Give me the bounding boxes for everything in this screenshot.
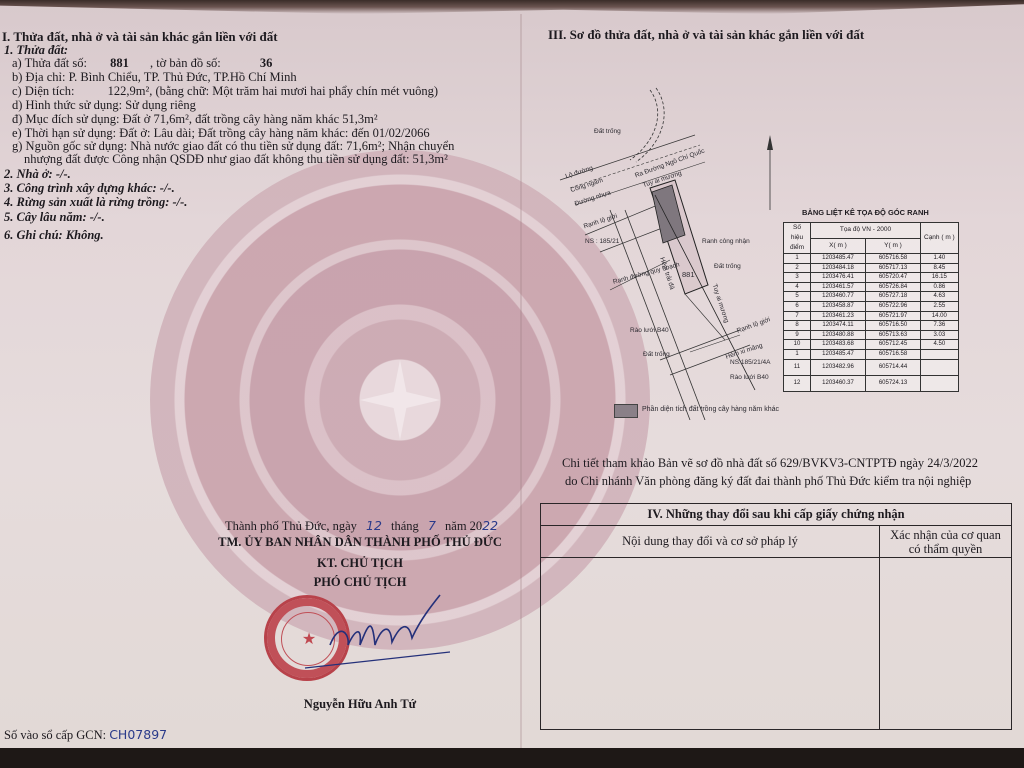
coord-cell-p: 8 — [784, 321, 811, 331]
diagram-label: NS : 185/21 — [585, 238, 619, 245]
coordinate-row: 61203458.87605722.962.55 — [784, 301, 959, 311]
col-y: Y( m ) — [866, 238, 921, 254]
coord-cell-x: 1203485.47 — [811, 349, 866, 359]
confirm-header-line-1: Xác nhận của cơ quan — [890, 528, 1001, 542]
legend-text: Phần diện tích đất trồng cây hàng năm kh… — [642, 406, 779, 413]
coordinate-table: Số hiệu điểm Tọa độ VN - 2000 Cạnh ( m )… — [783, 222, 959, 392]
changes-table: IV. Những thay đổi sau khi cấp giấy chứn… — [540, 503, 1012, 730]
coord-cell-y: 605727.18 — [866, 292, 921, 302]
house-line: 2. Nhà ở: -/-. — [4, 167, 71, 182]
signer-role-2: PHÓ CHỦ TỊCH — [210, 575, 510, 590]
col-x: X( m ) — [811, 238, 866, 254]
coordinate-row: 31203476.41605720.4716.15 — [784, 273, 959, 283]
map-sheet-number: 36 — [260, 56, 273, 70]
legend-swatch — [614, 404, 638, 418]
area-line: c) Diện tích: 122,9m², (bằng chữ: Một tr… — [12, 84, 438, 99]
coord-cell-p: 5 — [784, 292, 811, 302]
reference-note-2: do Chi nhánh Văn phòng đăng ký đất đai t… — [565, 474, 971, 489]
coordinate-row: 71203461.23605721.9714.00 — [784, 311, 959, 321]
date-prefix: Thành phố Thủ Đức, ngày — [225, 519, 357, 533]
section-3-title: III. Sơ đồ thửa đất, nhà ở và tài sản kh… — [548, 27, 864, 43]
coordinate-row-extra: 121203460.37605724.13 — [784, 375, 959, 391]
coord-cell-p: 1 — [784, 349, 811, 359]
coord-cell-y: 605722.96 — [866, 301, 921, 311]
coord-cell-p: 6 — [784, 301, 811, 311]
usage-purpose-line: đ) Mục đích sử dụng: Đất ở 71,6m², đất t… — [12, 112, 378, 127]
parcel-sketch — [550, 80, 780, 420]
reference-note-1: Chi tiết tham khảo Bản vẽ sơ đồ nhà đất … — [562, 456, 978, 471]
coord-cell-p: 4 — [784, 282, 811, 292]
area-value: 122,9m², (bằng chữ: Một trăm hai mươi ha… — [108, 84, 438, 98]
parcel-number-label: a) Thửa đất số: — [12, 56, 87, 70]
diagram-label: Ranh công nhận — [702, 238, 750, 245]
origin-line-2: nhượng đất được Công nhận QSDĐ như giao … — [24, 152, 448, 167]
coord-cell-x: 1203460.77 — [811, 292, 866, 302]
coordinate-row: 91203480.88605713.633.03 — [784, 330, 959, 340]
parcel-number: 881 — [110, 56, 129, 70]
certificate-sheet: I. Thửa đất, nhà ở và tài sản khác gắn l… — [0, 0, 1024, 748]
coord-cell-p: 1 — [784, 254, 811, 264]
coordinate-row: 51203460.77605727.184.63 — [784, 292, 959, 302]
handwritten-signature — [300, 590, 450, 670]
edge-cell: 3.03 — [921, 330, 959, 340]
coord-cell-y: 605714.44 — [866, 359, 921, 375]
coord-cell-y: 605712.45 — [866, 340, 921, 350]
notes-line: 6. Ghi chú: Không. — [4, 228, 104, 243]
edge-cell: 8.45 — [921, 263, 959, 273]
edge-cell: 14.00 — [921, 311, 959, 321]
coord-cell-x: 1203461.57 — [811, 282, 866, 292]
map-sheet-label: , tờ bản đồ số: — [150, 56, 221, 70]
changes-col-content: Nội dung thay đổi và cơ sở pháp lý — [541, 526, 880, 558]
diagram-label: Rào lưới B40 — [630, 327, 669, 334]
area-label: c) Diện tích: — [12, 84, 74, 98]
signing-month: 7 — [428, 518, 436, 533]
parcel-number-line: a) Thửa đất số: 881 , tờ bản đồ số: 36 — [12, 56, 272, 71]
changes-confirm-cell[interactable] — [880, 558, 1012, 730]
forest-line: 4. Rừng sản xuất là rừng trồng: -/-. — [4, 195, 187, 210]
coordinate-row-extra: 111203482.96605714.44 — [784, 359, 959, 375]
changes-col-confirm: Xác nhận của cơ quan có thẩm quyền — [880, 526, 1012, 558]
usage-form-line: d) Hình thức sử dụng: Sử dụng riêng — [12, 98, 196, 113]
coord-cell-x: 1203458.87 — [811, 301, 866, 311]
coord-cell-x: 1203480.88 — [811, 330, 866, 340]
perennial-trees-line: 5. Cây lâu năm: -/-. — [4, 210, 105, 225]
edge-cell: 4.50 — [921, 340, 959, 350]
edge-cell — [921, 359, 959, 375]
coordinate-row: 101203483.68605712.454.50 — [784, 340, 959, 350]
col-point: Số hiệu điểm — [784, 223, 811, 254]
coord-cell-y: 605717.13 — [866, 263, 921, 273]
coord-cell-y: 605720.47 — [866, 273, 921, 283]
coord-cell-y: 605713.63 — [866, 330, 921, 340]
coordinate-table-title: BẢNG LIỆT KÊ TỌA ĐỘ GÓC RANH — [802, 208, 929, 217]
coord-cell-y: 605716.58 — [866, 349, 921, 359]
coord-cell-p: 11 — [784, 359, 811, 375]
signer-role-1: KT. CHỦ TỊCH — [210, 556, 510, 571]
signing-year: 22 — [482, 518, 498, 533]
changes-title: IV. Những thay đổi sau khi cấp giấy chứn… — [541, 504, 1012, 526]
other-construction-line: 3. Công trình xây dựng khác: -/-. — [4, 181, 175, 196]
coord-cell-y: 605726.84 — [866, 282, 921, 292]
coord-cell-x: 1203482.96 — [811, 359, 866, 375]
confirm-header-line-2: có thẩm quyền — [909, 542, 983, 556]
gcn-registry: Số vào sổ cấp GCN: CH07897 — [4, 727, 167, 743]
coord-cell-p: 10 — [784, 340, 811, 350]
issuing-authority: TM. ỦY BAN NHÂN DÂN THÀNH PHỐ THỦ ĐỨC — [210, 535, 510, 550]
parcel-label: 881 — [682, 270, 695, 279]
coord-cell-x: 1203461.23 — [811, 311, 866, 321]
table-surface — [0, 748, 1024, 768]
diagram-label: NS:185/21/4A — [730, 359, 770, 366]
coord-cell-y: 605721.97 — [866, 311, 921, 321]
page-edge-shadow — [0, 0, 1024, 14]
coord-cell-p: 2 — [784, 263, 811, 273]
year-label: năm 20 — [445, 519, 482, 533]
coordinate-row: 81203474.11605716.507.36 — [784, 321, 959, 331]
edge-cell — [921, 375, 959, 391]
month-label: tháng — [391, 519, 419, 533]
edge-cell: 4.63 — [921, 292, 959, 302]
gcn-label: Số vào sổ cấp GCN: — [4, 728, 106, 742]
coordinate-row: 21203484.18605717.138.45 — [784, 263, 959, 273]
coordinate-row: 11203485.47605716.581.40 — [784, 254, 959, 264]
edge-cell — [921, 349, 959, 359]
page-fold — [520, 14, 522, 748]
coord-cell-x: 1203460.37 — [811, 375, 866, 391]
edge-cell: 1.40 — [921, 254, 959, 264]
edge-cell: 16.15 — [921, 273, 959, 283]
col-edge: Cạnh ( m ) — [921, 223, 959, 254]
coord-cell-y: 605724.13 — [866, 375, 921, 391]
diagram-label: Đất trống — [643, 351, 670, 358]
edge-cell: 0.86 — [921, 282, 959, 292]
edge-cell: 7.36 — [921, 321, 959, 331]
diagram-label: Đất trống — [594, 128, 621, 135]
coordinate-row: 41203461.57605726.840.86 — [784, 282, 959, 292]
signing-date: Thành phố Thủ Đức, ngày 12 tháng 7 năm 2… — [225, 518, 498, 534]
diagram-label: Đất trống — [714, 263, 741, 270]
coord-cell-y: 605716.50 — [866, 321, 921, 331]
coord-cell-p: 9 — [784, 330, 811, 340]
coord-cell-p: 7 — [784, 311, 811, 321]
signer-name: Nguyễn Hữu Anh Tứ — [270, 697, 450, 712]
coord-cell-x: 1203474.11 — [811, 321, 866, 331]
coord-cell-p: 12 — [784, 375, 811, 391]
col-system: Tọa độ VN - 2000 — [811, 223, 921, 239]
coord-cell-x: 1203483.68 — [811, 340, 866, 350]
signing-day: 12 — [366, 518, 382, 533]
coord-cell-x: 1203476.41 — [811, 273, 866, 283]
coord-cell-x: 1203484.18 — [811, 263, 866, 273]
coord-cell-x: 1203485.47 — [811, 254, 866, 264]
coord-cell-y: 605716.58 — [866, 254, 921, 264]
changes-content-cell[interactable] — [541, 558, 880, 730]
address-line: b) Địa chỉ: P. Bình Chiểu, TP. Thủ Đức, … — [12, 70, 297, 85]
diagram-label: Rào lưới B40 — [730, 374, 769, 381]
edge-cell: 2.55 — [921, 301, 959, 311]
coord-cell-p: 3 — [784, 273, 811, 283]
gcn-number: CH07897 — [109, 727, 167, 742]
coordinate-row: 11203485.47605716.58 — [784, 349, 959, 359]
